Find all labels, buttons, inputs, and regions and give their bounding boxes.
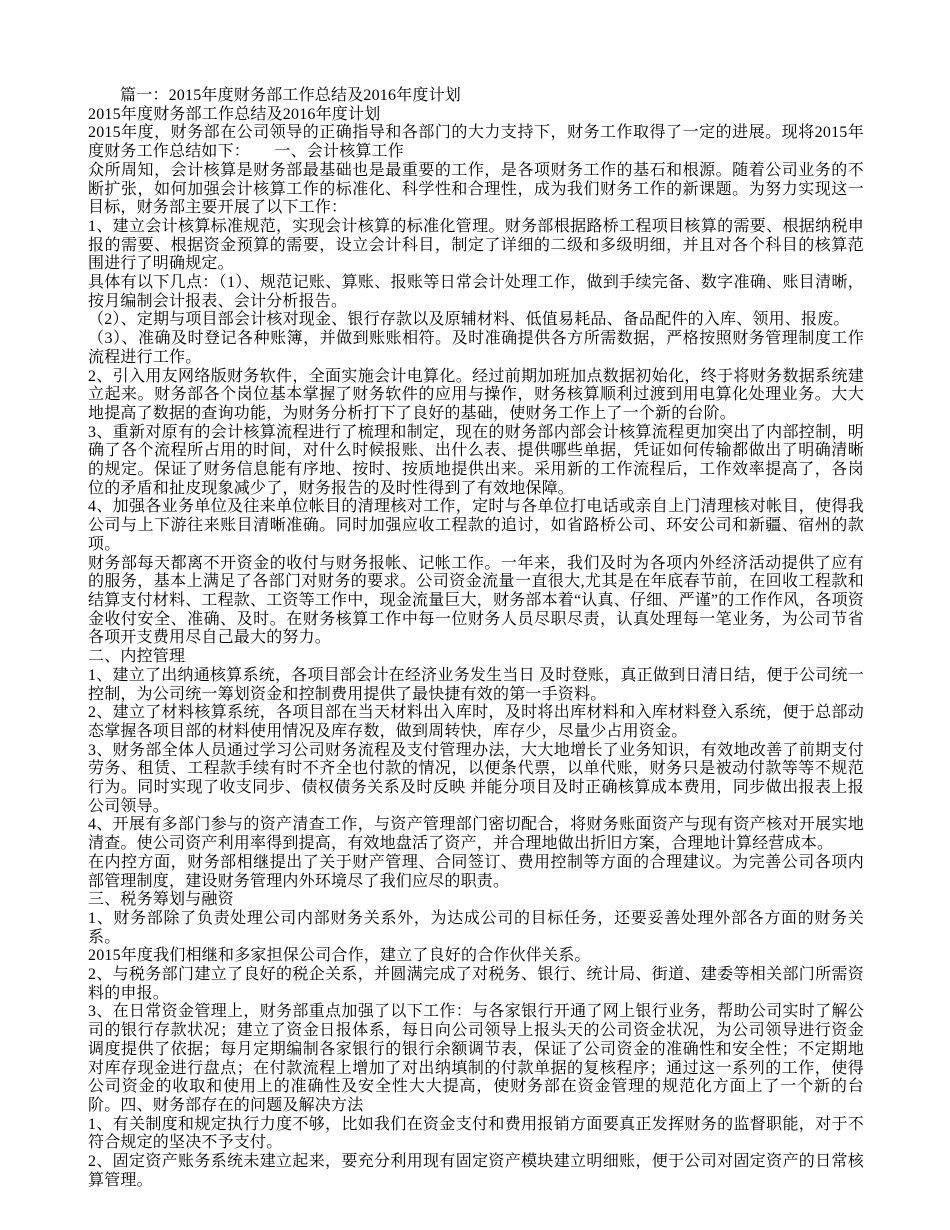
paragraph: 三、税务筹划与融资: [88, 891, 864, 910]
paragraph: 4、加强各业务单位及往来单位帐目的清理核对工作，定时与各单位打电话或亲自上门清理…: [88, 498, 864, 554]
paragraph: 众所周知，会计核算是财务部最基础也是最重要的工作，是各项财务工作的基石和根源。随…: [88, 162, 864, 218]
paragraph: （3）、准确及时登记各种账簿，并做到账账相符。及时准确提供各方所需数据，严格按照…: [88, 330, 864, 367]
paragraph: 2015年度我们相继和多家担保公司合作，建立了良好的合作伙伴关系。: [88, 947, 864, 966]
paragraph: 1、建立了出纳通核算系统，各项目部会计在经济业务发生当日 及时登账，真正做到日清…: [88, 667, 864, 704]
paragraph: 2、固定资产账务系统未建立起来，要充分利用现有固定资产模块建立明细账，便于公司对…: [88, 1153, 864, 1190]
paragraph: 3、财务部全体人员通过学习公司财务流程及支付管理办法，大大地增长了业务知识，有效…: [88, 742, 864, 817]
paragraph: 3、在日常资金管理上，财务部重点加强了以下工作：与各家银行开通了网上银行业务，帮…: [88, 1003, 864, 1115]
paragraph: 1、财务部除了负责处理公司内部财务关系外，为达成公司的目标任务，还要妥善处理外部…: [88, 910, 864, 947]
paragraph: 财务部每天都离不开资金的收付与财务报帐、记帐工作。一年来，我们及时为各项内外经济…: [88, 555, 864, 649]
paragraph: 4、开展有多部门参与的资产清查工作，与资产管理部门密切配合，将财务账面资产与现有…: [88, 816, 864, 853]
paragraph: 2015年度，财务部在公司领导的正确指导和各部门的大力支持下，财务工作取得了一定…: [88, 124, 864, 161]
paragraph: 1、有关制度和规定执行力度不够，比如我们在资金支付和费用报销方面要真正发挥财务的…: [88, 1116, 864, 1153]
paragraph: 3、重新对原有的会计核算流程进行了梳理和制定，现在的财务部内部会计核算流程更加突…: [88, 424, 864, 499]
paragraph: 具体有以下几点：（1）、规范记账、算账、报账等日常会计处理工作，做到手续完备、数…: [88, 274, 864, 311]
paragraph: 在内控方面，财务部相继提出了关于财产管理、合同签订、费用控制等方面的合理建议。为…: [88, 854, 864, 891]
paragraph: 二、内控管理: [88, 648, 864, 667]
document-page: 篇一：2015年度财务部工作总结及2016年度计划2015年度财务部工作总结及2…: [0, 0, 950, 1230]
paragraph: 2015年度财务部工作总结及2016年度计划: [88, 106, 864, 125]
document-title-line: 篇一：2015年度财务部工作总结及2016年度计划: [88, 87, 864, 106]
paragraph: 2、与税务部门建立了良好的税企关系，并圆满完成了对税务、银行、统计局、街道、建委…: [88, 966, 864, 1003]
paragraph: 2、引入用友网络版财务软件，全面实施会计电算化。经过前期加班加点数据初始化，终于…: [88, 368, 864, 424]
paragraph: 1、建立会计核算标准规范，实现会计核算的标准化管理。财务部根据路桥工程项目核算的…: [88, 218, 864, 274]
paragraph: 2、建立了材料核算系统，各项目部在当天材料出入库时，及时将出库材料和入库材料登入…: [88, 704, 864, 741]
document-body: 篇一：2015年度财务部工作总结及2016年度计划2015年度财务部工作总结及2…: [88, 87, 864, 1190]
paragraph: （2）、定期与项目部会计核对现金、银行存款以及原辅材料、低值易耗品、备品配件的入…: [88, 311, 864, 330]
